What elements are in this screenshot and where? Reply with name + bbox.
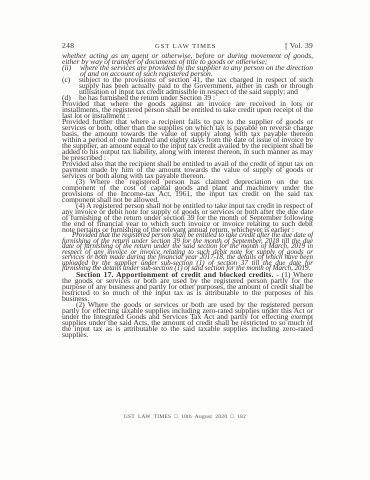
scanned-document-page: 248 GST LAW TIMES [ Vol. 39 whether acti… (0, 0, 370, 480)
subsection-3-para: (3) Where the registered person has clai… (62, 179, 313, 203)
list-item-d: (d) he has furnished the return under Se… (62, 95, 313, 101)
list-item-ii-marker: (ii) (62, 65, 71, 71)
volume-reference: [ Vol. 39 (285, 41, 313, 50)
subsection-4-para: (4) A registered person shall not be ent… (62, 203, 313, 233)
proviso-italic-transitional: Provided that the registered person shal… (62, 233, 313, 272)
subsection-2-para: (2) Where the goods or services or both … (62, 302, 313, 338)
journal-title: GST LAW TIMES (155, 43, 216, 50)
running-header: 248 GST LAW TIMES [ Vol. 39 (62, 41, 313, 50)
main-text-column: whether acting as an agent or otherwise,… (62, 53, 313, 338)
list-item-c-marker: (c) (62, 77, 70, 83)
list-item-d-text: he has furnished the return under Sectio… (79, 93, 215, 102)
page-number: 248 (62, 41, 74, 50)
section-17-para: Section 17. Apportionment of credit and … (62, 272, 313, 302)
list-item-d-marker: (d) (62, 95, 71, 101)
proviso-further: Provided further that where a recipient … (62, 119, 313, 161)
running-footer: GST LAW TIMES □ 10th August 2020 □ 182 (0, 414, 370, 420)
